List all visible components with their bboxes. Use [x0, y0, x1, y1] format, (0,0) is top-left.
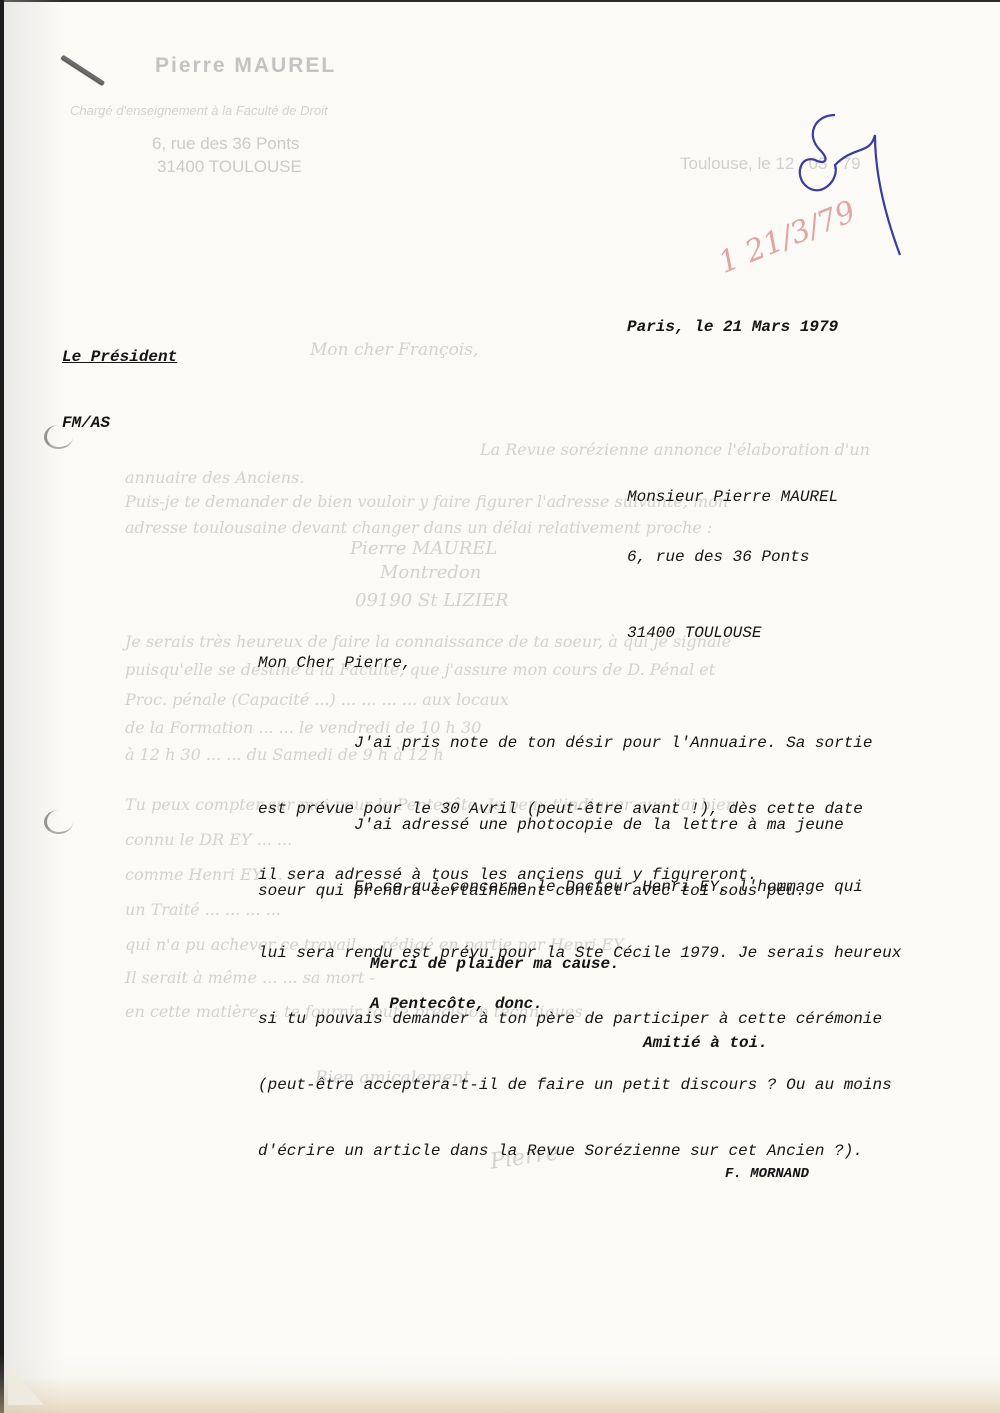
paragraph-henri-ey: En ce qui concerne le Docteur Henri EY, …	[258, 832, 901, 1184]
paragraph-line: d'écrire un article dans la Revue Sorézi…	[258, 1140, 901, 1162]
salutation: Mon Cher Pierre,	[258, 652, 412, 674]
letter-date: Paris, le 21 Mars 1979	[627, 316, 838, 338]
handwritten-line: annuaire des Anciens.	[125, 468, 304, 487]
recipient-address: Monsieur Pierre MAUREL 6, rue des 36 Pon…	[627, 447, 838, 663]
handwritten-greeting: Mon cher François,	[310, 340, 478, 360]
paragraph-pentecote: A Pentecôte, donc.	[370, 993, 543, 1015]
signature: F. MORNAND	[725, 1163, 809, 1185]
folded-corner	[8, 1365, 44, 1405]
staple-icon	[61, 55, 105, 86]
handwritten-line: Montredon	[380, 562, 481, 583]
paragraph-merci: Merci de plaider ma cause.	[370, 953, 620, 975]
punch-hole-icon	[44, 810, 73, 834]
recipient-street: 6, rue des 36 Ponts	[627, 547, 838, 567]
letterhead-name: Pierre MAUREL	[155, 54, 336, 78]
paragraph-line: si tu pouvais demander à ton père de par…	[258, 1008, 901, 1030]
handwritten-line: Pierre MAUREL	[350, 538, 497, 559]
recipient-name: Monsieur Pierre MAUREL	[627, 487, 838, 507]
recipient-city: 31400 TOULOUSE	[627, 623, 838, 643]
paper-stain	[0, 1353, 1000, 1413]
closing: Amitié à toi.	[643, 1032, 768, 1054]
letterhead-street: 6, rue des 36 Ponts	[152, 134, 299, 154]
paragraph-line: J'ai pris note de ton désir pour l'Annua…	[258, 732, 873, 754]
sender-title: Le Président	[62, 346, 177, 368]
letterhead-city: 31400 TOULOUSE	[157, 157, 302, 177]
handwritten-line: 09190 St LIZIER	[355, 590, 509, 611]
paper-shadow	[4, 0, 64, 1413]
sender-block: Le Président FM/AS	[62, 302, 177, 456]
handwritten-line: adresse toulousaine devant changer dans …	[125, 518, 712, 537]
paragraph-line: (peut-être acceptera-t-il de faire un pe…	[258, 1074, 901, 1096]
paragraph-line: En ce qui concerne le Docteur Henri EY, …	[258, 876, 901, 898]
sender-reference: FM/AS	[62, 412, 177, 434]
scan-edge-top	[0, 0, 1000, 2]
letterhead-title: Chargé d'enseignement à la Faculté de Dr…	[70, 103, 328, 118]
